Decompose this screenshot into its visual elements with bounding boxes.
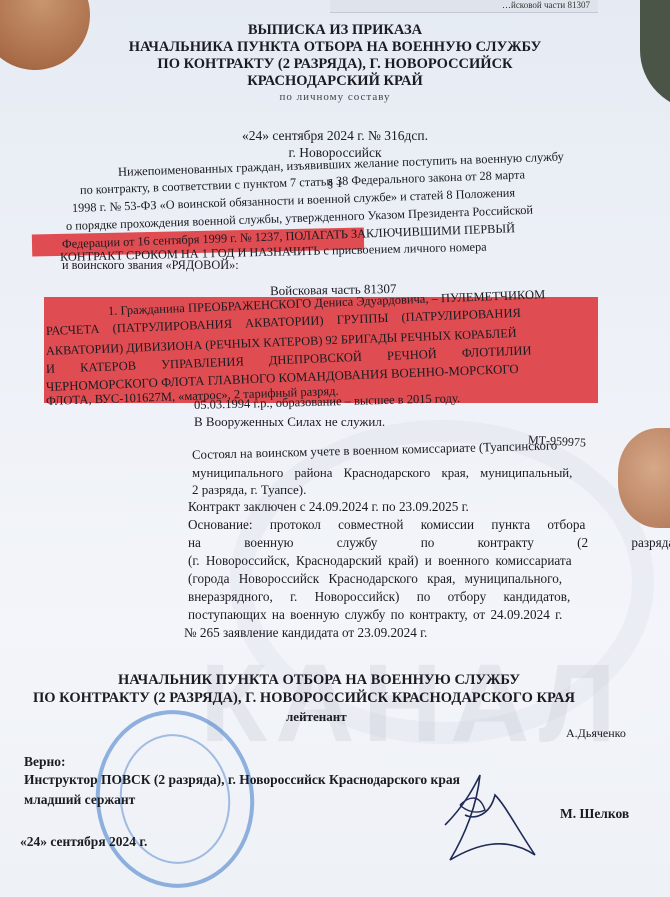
signatory-position-line2: ПО КОНТРАКТУ (2 РАЗРЯДА), Г. НОВОРОССИЙС… [33, 690, 575, 707]
order-date-number: «24» сентября 2024 г. № 316дсп. [0, 128, 670, 144]
service-record: В Вооруженных Силах не служил. [194, 414, 385, 430]
basis-line: (города Новороссийск Краснодарского края… [188, 571, 562, 587]
doc-title-line1: ВЫПИСКА ИЗ ПРИКАЗА [0, 22, 670, 39]
basis-line: Основание: протокол совместной комиссии … [188, 517, 585, 533]
preamble-line: и воинского звания «РЯДОВОЙ»: [62, 258, 239, 273]
basis-line: на военную службу по контракту (2 разряд… [188, 535, 670, 551]
doc-title-line3: ПО КОНТРАКТУ (2 РАЗРЯДА), Г. НОВОРОССИЙС… [0, 56, 670, 73]
doc-title-line4: КРАСНОДАРСКИЙ КРАЙ [0, 73, 670, 90]
signatory-position-line1: НАЧАЛЬНИК ПУНКТА ОТБОРА НА ВОЕННУЮ СЛУЖБ… [118, 672, 520, 689]
certifier-position: Инструктор ПОВСК (2 разряда), г. Новорос… [24, 772, 460, 788]
certification-date: «24» сентября 2024 г. [20, 834, 147, 850]
signatory-name: А.Дьяченко [566, 726, 626, 741]
registration-line: 2 разряда, г. Туапсе). [192, 482, 306, 498]
signatory-rank: лейтенант [286, 709, 347, 725]
certifier-name: М. Шелков [560, 806, 629, 822]
certification-label: Верно: [24, 754, 66, 770]
basis-line: внеразрядного, г. Новороссийск) по отбор… [188, 589, 570, 605]
registration-line: муниципального района Краснодарского кра… [192, 466, 572, 481]
underlying-sheet: …йсковой части 81307 [330, 0, 598, 13]
contract-dates: Контракт заключен с 24.09.2024 г. по 23.… [188, 499, 469, 515]
doc-title-line2: НАЧАЛЬНИКА ПУНКТА ОТБОРА НА ВОЕННУЮ СЛУЖ… [0, 39, 670, 56]
doc-subtitle: по личному составу [0, 91, 670, 103]
basis-line: № 265 заявление кандидата от 23.09.2024 … [184, 625, 427, 641]
basis-line: поступающих на военную службу по контрак… [188, 607, 562, 623]
certifier-rank: младший сержант [24, 792, 135, 808]
basis-line: (г. Новороссийск, Краснодарский край) и … [188, 553, 572, 569]
